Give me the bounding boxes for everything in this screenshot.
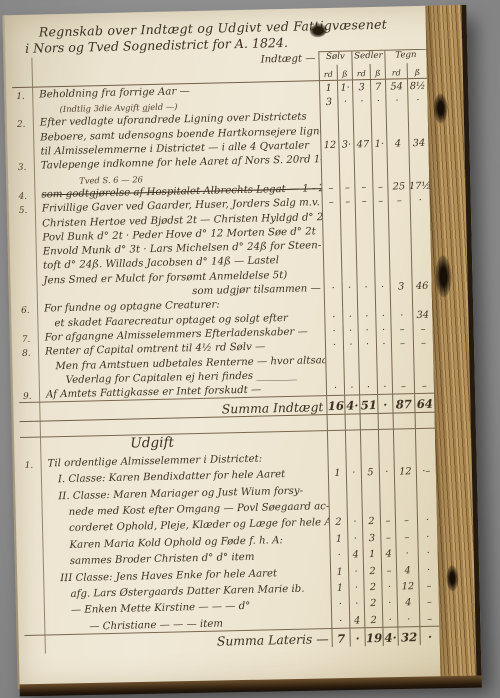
value-cell: 7: [370, 79, 385, 94]
value-cell: –: [419, 609, 440, 626]
value-cell: 2: [363, 578, 381, 595]
margin-rule: [12, 72, 33, 87]
value-cell: [374, 251, 389, 266]
value-cell: ·: [349, 628, 364, 646]
value-cell: ·: [330, 546, 348, 563]
value-cell: [391, 350, 413, 365]
value-cell: ·–: [416, 462, 437, 479]
value-cell: [360, 414, 378, 429]
value-cell: 32: [397, 627, 419, 645]
value-cell: ·: [349, 594, 364, 611]
value-cell: [320, 109, 338, 124]
value-cell: [341, 252, 356, 267]
value-cell: [378, 446, 393, 463]
value-cell: [355, 223, 373, 238]
value-cell: [346, 496, 361, 513]
value-cell: 8½: [407, 78, 428, 93]
value-cell: [325, 352, 343, 367]
value-cell: ·: [325, 338, 343, 353]
subcol-sk: ß: [337, 65, 352, 80]
manuscript-page: Regnskab over Indtægt og Udgivt ved Fatt…: [11, 12, 442, 679]
value-cell: [358, 351, 376, 366]
value-cell: [386, 107, 408, 122]
value-cell: –: [413, 336, 434, 351]
value-cell: ·: [344, 380, 359, 395]
value-cell: [389, 250, 411, 265]
value-cell: 17½: [409, 178, 430, 193]
value-cell: –: [354, 180, 372, 195]
row-number: 8.: [18, 345, 39, 360]
row-number: 4.: [14, 187, 35, 202]
value-cell: 3: [390, 279, 412, 294]
value-cell: [321, 166, 339, 181]
currency-group-notes: Sedler: [351, 50, 384, 65]
value-cell: [408, 107, 429, 122]
value-cell: ·: [377, 379, 392, 394]
value-cell: 1: [319, 80, 337, 95]
value-cell: 2: [364, 610, 382, 627]
value-cell: [376, 351, 391, 366]
value-cell: –: [381, 561, 396, 578]
row-number: [14, 173, 35, 188]
value-cell: [338, 109, 353, 124]
value-cell: [394, 495, 416, 512]
value-cell: [388, 207, 410, 222]
value-cell: ·: [324, 323, 342, 338]
value-cell: [374, 237, 389, 252]
value-cell: [413, 364, 434, 379]
value-cell: 4: [397, 593, 419, 610]
row-number: 5.: [15, 202, 36, 217]
value-cell: 2: [363, 561, 381, 578]
value-cell: [342, 294, 357, 309]
value-cell: –: [321, 180, 339, 195]
row-number: [13, 144, 34, 159]
value-cell: [361, 496, 379, 513]
value-cell: –: [388, 193, 410, 208]
value-cell: –: [391, 336, 413, 351]
value-cell: ·: [419, 626, 440, 644]
value-cell: [373, 222, 388, 237]
value-cell: [328, 480, 346, 497]
row-number: [21, 487, 42, 504]
value-cell: ·: [379, 462, 394, 479]
value-cell: ·: [358, 337, 376, 352]
value-cell: 2: [329, 513, 347, 530]
value-cell: ·: [410, 193, 431, 208]
subcol-rd: rd: [319, 65, 337, 80]
value-cell: –: [322, 195, 340, 210]
value-cell: –: [419, 593, 440, 610]
value-cell: [324, 295, 342, 310]
value-cell: [374, 265, 389, 280]
value-cell: [412, 293, 433, 308]
value-cell: [416, 478, 437, 495]
row-number: [15, 216, 36, 231]
value-cell: [355, 208, 373, 223]
value-cell: 3: [352, 80, 370, 95]
value-cell: [388, 222, 410, 237]
value-cell: [327, 447, 345, 464]
value-cell: 34: [408, 135, 429, 150]
value-cell: [378, 414, 393, 429]
row-number: [16, 259, 37, 274]
value-cell: [339, 151, 354, 166]
value-cell: ·: [326, 381, 344, 396]
value-cell: 64: [414, 394, 435, 412]
value-cell: [340, 223, 355, 238]
value-cell: [376, 365, 391, 380]
value-cell: [339, 166, 354, 181]
value-cell: [393, 413, 415, 428]
value-cell: 16: [326, 396, 344, 414]
value-cell: [410, 221, 431, 236]
value-cell: [353, 123, 371, 138]
value-cell: [356, 237, 374, 252]
value-cell: 1: [328, 464, 346, 481]
row-number: 7.: [18, 330, 39, 345]
value-cell: [361, 479, 379, 496]
value-cell: [390, 293, 412, 308]
subcol-rd: rd: [352, 64, 370, 79]
row-number: [16, 244, 37, 259]
value-cell: ·: [359, 380, 377, 395]
row-number: [15, 230, 36, 245]
value-cell: [360, 446, 378, 463]
value-cell: [387, 165, 409, 180]
value-cell: ·: [377, 395, 392, 413]
value-cell: [411, 250, 432, 265]
value-cell: 2: [364, 594, 382, 611]
value-cell: [393, 429, 415, 446]
value-cell: [323, 266, 341, 281]
value-cell: 3·: [338, 137, 353, 152]
ledger-photo: Regnskab over Indtægt og Udgivt ved Fatt…: [0, 0, 500, 698]
value-cell: –: [412, 321, 433, 336]
value-cell: ·: [357, 280, 375, 295]
row-number: [24, 618, 45, 635]
value-cell: [343, 352, 358, 367]
value-cell: ·: [418, 543, 439, 560]
row-number: 3.: [14, 159, 35, 174]
value-cell: –: [418, 576, 439, 593]
row-number: 2.: [13, 116, 34, 131]
currency-group-silver: Sølv: [318, 50, 351, 65]
value-cell: 47: [353, 137, 371, 152]
value-cell: –: [373, 194, 388, 209]
value-cell: ·: [417, 511, 438, 528]
value-cell: [416, 494, 437, 511]
value-cell: [379, 495, 394, 512]
value-cell: 4: [386, 136, 408, 151]
value-cell: ·: [343, 337, 358, 352]
value-cell: 12: [320, 138, 338, 153]
value-cell: [372, 165, 387, 180]
value-cell: [320, 123, 338, 138]
value-cell: [354, 151, 372, 166]
value-cell: ·: [348, 578, 363, 595]
value-cell: 12: [396, 577, 418, 594]
value-cell: [391, 365, 413, 380]
value-cell: [372, 151, 387, 166]
value-cell: ·: [375, 308, 390, 323]
value-cell: ·: [382, 610, 397, 627]
value-cell: ·: [342, 309, 357, 324]
row-number: [22, 536, 43, 553]
row-number: [22, 520, 43, 537]
row-number: 1.: [20, 454, 41, 471]
value-cell: ·: [352, 94, 370, 109]
book-page: Regnskab over Indtægt og Udgivt ved Fatt…: [2, 5, 481, 689]
value-cell: [341, 266, 356, 281]
value-cell: 4: [348, 545, 363, 562]
value-cell: [327, 431, 345, 448]
value-cell: 4: [396, 560, 418, 577]
subcol-sk: ß: [370, 64, 385, 79]
value-cell: –: [414, 378, 435, 393]
value-cell: 1: [330, 578, 348, 595]
value-cell: –: [340, 194, 355, 209]
value-cell: ·: [375, 279, 390, 294]
value-cell: [322, 209, 340, 224]
row-number: [17, 287, 38, 302]
value-cell: [415, 429, 436, 446]
value-cell: 3: [319, 95, 337, 110]
row-number: [16, 273, 37, 288]
value-cell: [411, 264, 432, 279]
row-number: [20, 422, 41, 437]
value-cell: [340, 209, 355, 224]
margin-rule: [11, 58, 32, 73]
edge-stain: [435, 255, 452, 297]
value-cell: 2: [362, 512, 380, 529]
value-cell: 1: [330, 562, 348, 579]
row-number: [23, 552, 44, 569]
value-cell: [389, 236, 411, 251]
value-cell: ·: [375, 322, 390, 337]
value-cell: [409, 150, 430, 165]
value-cell: 3: [362, 528, 380, 545]
value-cell: ·: [348, 562, 363, 579]
value-cell: [323, 238, 341, 253]
value-cell: [409, 164, 430, 179]
row-number: [24, 635, 45, 653]
value-cell: ·: [417, 527, 438, 544]
value-cell: [341, 237, 356, 252]
value-cell: [338, 123, 353, 138]
value-cell: 7: [331, 628, 349, 646]
value-cell: ·: [385, 93, 407, 108]
ledger-rows: 1.Beholdning fra forrige Aar —11·37548½(…: [12, 78, 441, 654]
value-cell: ·: [357, 308, 375, 323]
row-number: 1.: [12, 87, 33, 102]
edge-stain: [446, 565, 459, 591]
value-cell: –: [355, 194, 373, 209]
value-cell: [322, 223, 340, 238]
value-cell: [346, 480, 361, 497]
value-cell: 4·: [382, 627, 397, 645]
value-cell: ·: [347, 512, 362, 529]
row-number: [19, 373, 40, 388]
value-cell: [387, 150, 409, 165]
row-number: [17, 316, 38, 331]
value-cell: –: [339, 180, 354, 195]
value-cell: [386, 122, 408, 137]
value-cell: ·: [331, 595, 349, 612]
row-number: [21, 470, 42, 487]
value-cell: ·: [347, 529, 362, 546]
value-cell: ·: [390, 307, 412, 322]
value-cell: [323, 252, 341, 267]
value-cell: ·: [407, 93, 428, 108]
value-cell: 4: [349, 611, 364, 628]
value-cell: 4: [381, 544, 396, 561]
value-cell: ·: [346, 463, 361, 480]
value-cell: ·: [357, 323, 375, 338]
value-cell: ·: [337, 94, 352, 109]
value-cell: [379, 479, 394, 496]
book-bottom-edge: [20, 675, 482, 696]
value-cell: [321, 152, 339, 167]
row-number: [20, 438, 41, 455]
value-cell: [411, 236, 432, 251]
value-cell: –: [372, 179, 387, 194]
value-cell: ·: [342, 323, 357, 338]
value-cell: [410, 207, 431, 222]
value-cell: [357, 294, 375, 309]
value-cell: [353, 108, 371, 123]
edge-stain: [433, 93, 448, 123]
value-cell: ·: [376, 337, 391, 352]
value-cell: 54: [385, 79, 407, 94]
subcol-sk: ß: [407, 63, 428, 78]
row-number: [21, 503, 42, 520]
value-cell: [356, 251, 374, 266]
value-cell: 1·: [337, 80, 352, 95]
value-cell: 1: [329, 529, 347, 546]
row-number: 9.: [19, 387, 40, 402]
value-cell: ·: [396, 544, 418, 561]
currency-group-tokens: Tegn: [384, 49, 427, 64]
value-cell: [389, 265, 411, 280]
value-cell: 12: [394, 462, 416, 479]
value-cell: –: [395, 528, 417, 545]
value-cell: [408, 121, 429, 136]
value-cell: [393, 446, 415, 463]
row-number: 6.: [17, 302, 38, 317]
value-cell: 1: [363, 545, 381, 562]
value-cell: –: [380, 528, 395, 545]
value-cell: [371, 122, 386, 137]
value-cell: [358, 365, 376, 380]
value-cell: [371, 108, 386, 123]
value-cell: ·: [382, 594, 397, 611]
value-cell: [373, 208, 388, 223]
row-number: [13, 130, 34, 145]
value-cell: –: [392, 379, 414, 394]
value-cell: ·: [381, 577, 396, 594]
value-cell: 87: [392, 394, 414, 412]
value-cell: [415, 445, 436, 462]
value-cell: ·: [324, 309, 342, 324]
value-cell: ·: [324, 280, 342, 295]
value-cell: ·: [370, 94, 385, 109]
value-cell: 4·: [344, 395, 359, 413]
value-cell: [354, 165, 372, 180]
value-cell: 25: [387, 179, 409, 194]
value-cell: [325, 366, 343, 381]
value-cell: [375, 294, 390, 309]
row-number: [18, 359, 39, 374]
row-number: [23, 569, 44, 586]
value-cell: [345, 447, 360, 464]
entry-text: Summa Lateris —: [46, 632, 332, 653]
value-cell: ·: [331, 611, 349, 628]
value-cell: ·: [397, 609, 419, 626]
value-cell: [360, 430, 378, 447]
value-cell: 51: [359, 395, 377, 413]
value-cell: [356, 265, 374, 280]
value-cell: –: [395, 511, 417, 528]
value-cell: [394, 478, 416, 495]
row-number: [24, 602, 45, 619]
subcol-rd: rd: [385, 63, 407, 78]
row-number: [23, 585, 44, 602]
value-cell: ·: [342, 280, 357, 295]
row-number: [12, 102, 33, 117]
value-cell: [413, 350, 434, 365]
value-cell: –: [380, 512, 395, 529]
value-cell: [343, 366, 358, 381]
value-cell: [345, 430, 360, 447]
value-cell: 34: [412, 307, 433, 322]
value-cell: [327, 415, 345, 430]
value-cell: [378, 430, 393, 447]
value-cell: –: [390, 322, 412, 337]
value-cell: [328, 496, 346, 513]
row-number: [19, 403, 40, 421]
value-cell: [415, 413, 436, 428]
value-cell: 46: [411, 278, 432, 293]
value-cell: 5: [361, 463, 379, 480]
value-cell: 19: [364, 628, 382, 646]
value-cell: ·: [418, 560, 439, 577]
value-cell: [345, 414, 360, 429]
value-cell: 1·: [371, 136, 386, 151]
